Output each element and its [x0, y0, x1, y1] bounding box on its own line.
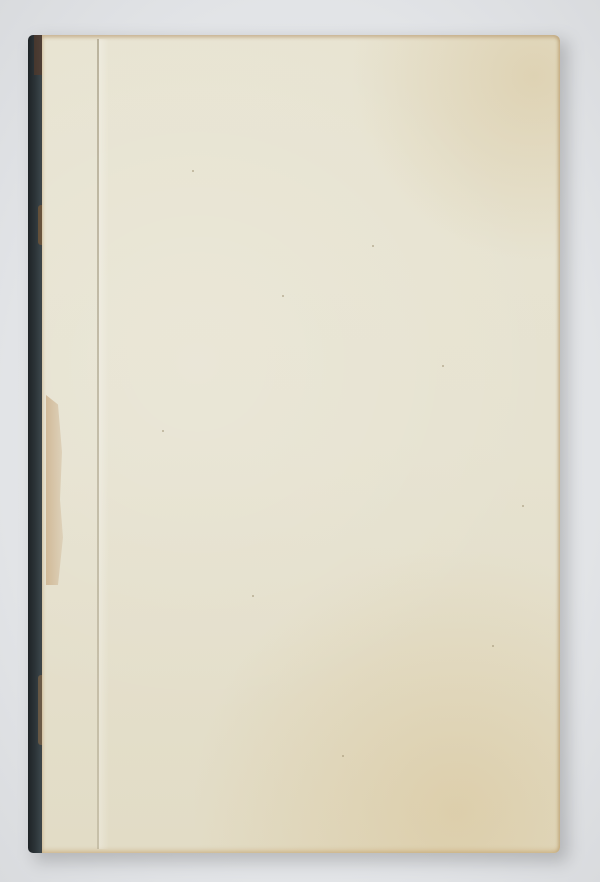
book-cover [42, 35, 560, 853]
book [28, 35, 560, 853]
paper-speck [192, 170, 194, 172]
paper-speck [372, 245, 374, 247]
paper-speck [492, 645, 494, 647]
paper-speck [522, 505, 524, 507]
torn-edge [46, 395, 66, 585]
fold-highlight [99, 39, 109, 849]
paper-speck [342, 755, 344, 757]
paper-speck [252, 595, 254, 597]
paper-speck [442, 365, 444, 367]
paper-speck [282, 295, 284, 297]
paper-speck [162, 430, 164, 432]
